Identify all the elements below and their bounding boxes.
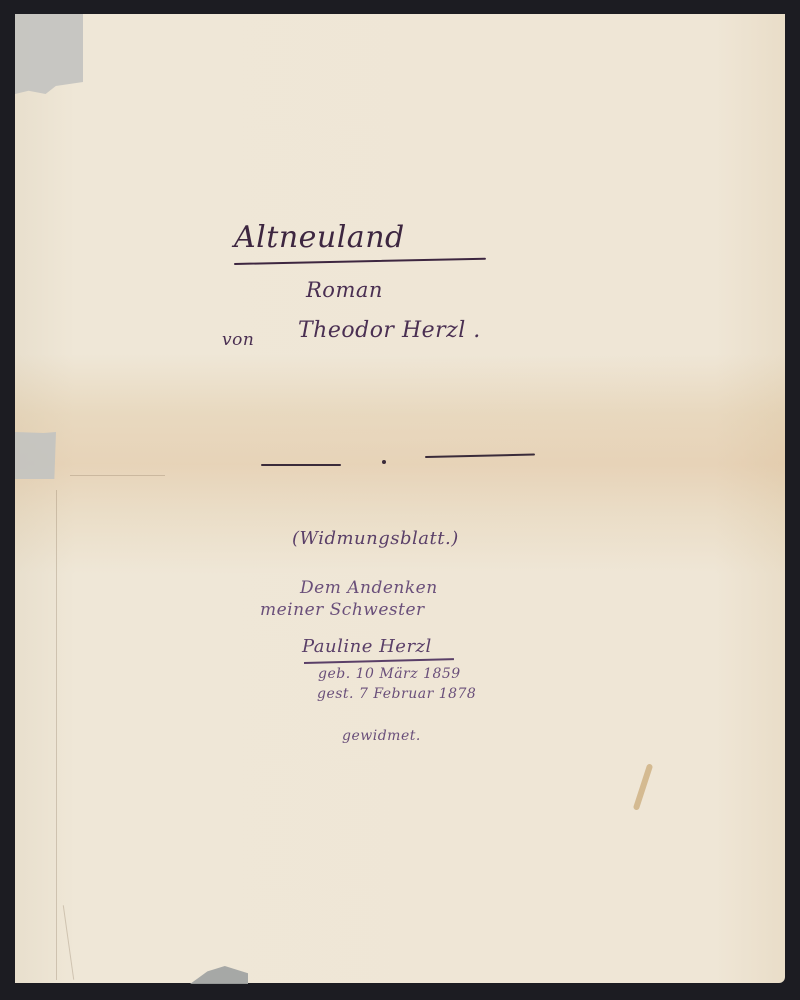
page-title: Altneuland — [234, 220, 405, 255]
by-prefix: von — [222, 330, 254, 350]
edge-crease — [70, 475, 165, 476]
tape-top-left — [15, 14, 83, 94]
dedication-name: Pauline Herzl — [302, 636, 432, 657]
subtitle: Roman — [306, 278, 383, 302]
dedication-line-1: Dem Andenken — [300, 578, 438, 598]
author-name: Theodor Herzl . — [298, 318, 481, 343]
dedication-closing: gewidmet. — [342, 728, 421, 744]
birth-date: geb. 10 März 1859 — [318, 666, 461, 682]
tape-mid-left — [15, 432, 56, 479]
dedication-line-2: meiner Schwester — [260, 600, 425, 620]
manuscript-page — [15, 14, 785, 983]
edge-crease — [56, 490, 57, 980]
dedication-heading: (Widmungsblatt.) — [292, 528, 459, 549]
separator-dot — [382, 460, 386, 464]
death-date: gest. 7 Februar 1878 — [317, 686, 476, 702]
separator-line-left — [261, 464, 341, 466]
